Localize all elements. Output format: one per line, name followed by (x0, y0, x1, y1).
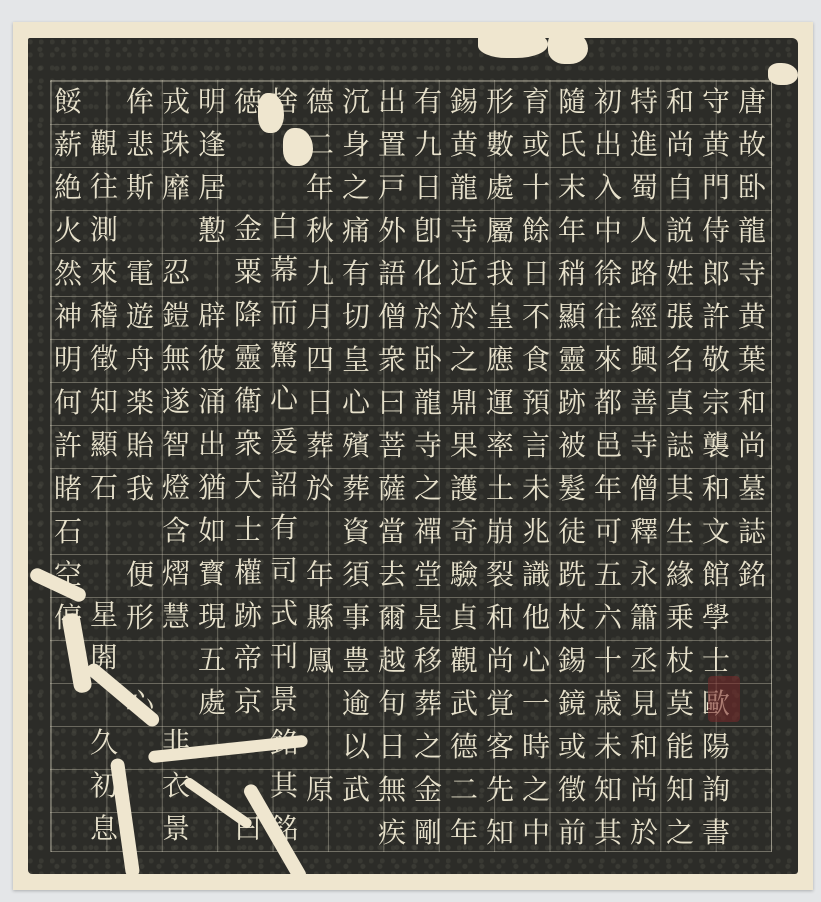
inscription-character: 於 (410, 295, 446, 338)
inscription-character: 黄 (734, 295, 770, 338)
inscription-character: 觀 (446, 639, 482, 682)
inscription-character: 二 (446, 768, 482, 811)
inscription-character: 崩 (482, 510, 518, 553)
inscription-character: 京 (230, 680, 266, 723)
inscription-character: 髮 (554, 467, 590, 510)
inscription-character: 稍 (554, 252, 590, 295)
inscription-character: 刊 (266, 635, 302, 678)
inscription-character: 莫 (662, 682, 698, 725)
inscription-character: 陽 (698, 725, 734, 768)
inscription-character: 智 (158, 423, 194, 466)
inscription-character: 彼 (194, 337, 230, 380)
inscription-character: 含 (158, 509, 194, 552)
inscription-character: 之 (338, 166, 374, 209)
inscription-character (230, 165, 266, 207)
inscription-character: 原 (302, 768, 338, 811)
inscription-character: 鳳 (302, 639, 338, 682)
inscription-character: 十 (518, 166, 554, 209)
inscription-character: 杖 (662, 639, 698, 682)
inscription-character: 和 (662, 80, 698, 123)
inscription-character: 有 (338, 252, 374, 295)
inscription-character: 許 (698, 295, 734, 338)
red-seal-stamp (708, 676, 740, 722)
inscription-character: 處 (482, 166, 518, 209)
inscription-character: 未 (590, 725, 626, 768)
inscription-character: 尚 (734, 424, 770, 467)
inscription-character: 金 (410, 768, 446, 811)
inscription-character: 化 (410, 252, 446, 295)
inscription-character: 外 (374, 209, 410, 252)
inscription-character: 簫 (626, 596, 662, 639)
inscription-character: 而 (266, 291, 302, 334)
inscription-character: 來 (86, 251, 122, 294)
inscription-character: 星 (86, 593, 122, 636)
inscription-character: 他 (518, 596, 554, 639)
inscription-character: 五 (194, 638, 230, 681)
inscription-character: 黄 (446, 123, 482, 166)
inscription-character: 跡 (230, 594, 266, 637)
inscription-character: 釋 (626, 510, 662, 553)
inscription-character: 應 (482, 338, 518, 381)
inscription-character: 説 (662, 209, 698, 252)
inscription-character: 卽 (410, 209, 446, 252)
inscription-character: 日 (518, 252, 554, 295)
inscription-character: 之 (446, 338, 482, 381)
inscription-character: 守 (698, 80, 734, 123)
inscription-character: 果 (446, 424, 482, 467)
damage-spot (258, 93, 284, 133)
inscription-character: 見 (626, 682, 662, 725)
inscription-character (86, 80, 122, 122)
inscription-character: 殯 (338, 424, 374, 467)
inscription-character: 詔 (266, 463, 302, 506)
inscription-character: 知 (662, 768, 698, 811)
inscription-character: 兆 (518, 510, 554, 553)
inscription-character: 我 (122, 467, 158, 510)
inscription-character: 涌 (194, 380, 230, 423)
inscription-character: 徒 (554, 510, 590, 553)
inscription-character: 帝 (230, 637, 266, 680)
inscription-character (302, 725, 338, 768)
inscription-column: 徳金粟降靈衛衆大士權跡帝京曰 (230, 80, 266, 850)
inscription-character: 之 (662, 811, 698, 854)
inscription-character: 學 (698, 596, 734, 639)
inscription-character: 稽 (86, 294, 122, 337)
inscription-character: 姓 (662, 252, 698, 295)
inscription-character: 跡 (554, 381, 590, 424)
inscription-character: 景 (266, 678, 302, 721)
inscription-character: 靡 (158, 166, 194, 209)
inscription-character: 熠 (158, 552, 194, 595)
inscription-character: 式 (266, 592, 302, 635)
damage-spot (768, 63, 798, 85)
inscription-character: 僧 (626, 467, 662, 510)
inscription-character: 九 (410, 123, 446, 166)
inscription-character: 司 (266, 549, 302, 592)
inscription-column: 和尚自説姓張名真誌其生緣乗杖莫能知之 (662, 80, 698, 850)
inscription-character: 時 (518, 725, 554, 768)
inscription-character: 禪 (410, 510, 446, 553)
inscription-character: 自 (662, 166, 698, 209)
inscription-character: 和 (734, 381, 770, 424)
inscription-character: 舟 (122, 338, 158, 381)
inscription-character: 貞 (446, 596, 482, 639)
inscription-character: 武 (338, 768, 374, 811)
inscription-character: 明 (194, 80, 230, 123)
inscription-character: 顯 (554, 295, 590, 338)
inscription-character: 心 (266, 377, 302, 420)
inscription-character: 尚 (626, 768, 662, 811)
inscription-character: 降 (230, 293, 266, 336)
inscription-character: 衆 (230, 422, 266, 465)
inscription-character: 衛 (230, 379, 266, 422)
inscription-character: 客 (482, 725, 518, 768)
inscription-character: 處 (194, 681, 230, 724)
inscription-character: 衆 (374, 338, 410, 381)
inscription-character: 四 (302, 338, 338, 381)
inscription-character: 葬 (410, 682, 446, 725)
inscription-character: 邑 (590, 424, 626, 467)
inscription-character: 路 (626, 252, 662, 295)
inscription-character: 率 (482, 424, 518, 467)
inscription-character: 逢 (194, 123, 230, 166)
inscription-character: 數 (482, 123, 518, 166)
inscription-character: 特 (626, 80, 662, 123)
inscription-column: 沉身之痛有切皇心殯葬資須事豊逾以武 (338, 80, 374, 850)
inscription-character: 身 (338, 123, 374, 166)
inscription-character: 現 (194, 595, 230, 638)
inscription-character (158, 209, 194, 251)
inscription-column: 有九日卽化於卧龍寺之禪堂是移葬之金剛 (410, 80, 446, 850)
damage-spot (283, 128, 313, 166)
inscription-character: 縣 (302, 596, 338, 639)
inscription-character (122, 639, 158, 682)
inscription-column: 德二年秋九月四日葬於年縣鳳原 (302, 80, 338, 850)
inscription-character: 來 (590, 338, 626, 381)
inscription-character (266, 164, 302, 205)
inscription-character: 絶 (50, 166, 86, 209)
inscription-character: 出 (374, 80, 410, 123)
inscription-character: 其 (662, 467, 698, 510)
inscription-character: 電 (122, 252, 158, 295)
inscription-character: 形 (122, 596, 158, 639)
stele-rubbing: 唐故卧龍寺黄葉和尚墓誌銘守黄門侍郎許敬宗襲和文館學士歐陽詢書和尚自説姓張名真誌其… (28, 38, 798, 874)
inscription-character: 火 (50, 209, 86, 252)
inscription-column: 錫黄龍寺近於之鼎果護奇驗貞觀武德二年 (446, 80, 482, 850)
inscription-character: 或 (554, 725, 590, 768)
inscription-character: 年 (590, 467, 626, 510)
damage-spot (548, 38, 588, 64)
inscription-character: 可 (590, 510, 626, 553)
inscription-character: 出 (590, 123, 626, 166)
inscription-character: 事 (338, 596, 374, 639)
inscription-character: 人 (626, 209, 662, 252)
inscription-character: 詢 (698, 768, 734, 811)
inscription-character: 語 (374, 252, 410, 295)
inscription-column: 初出入中徐往來都邑年可五六十歳未知其 (590, 80, 626, 850)
inscription-character: 未 (518, 467, 554, 510)
inscription-column: 形數處屬我皇應運率土崩裂和尚覚客先知 (482, 80, 518, 850)
inscription-character: 顯 (86, 423, 122, 466)
inscription-character: 奇 (446, 510, 482, 553)
inscription-character: 景 (158, 807, 194, 850)
inscription-character: 靈 (230, 336, 266, 379)
inscription-character: 錫 (446, 80, 482, 123)
inscription-character: 土 (482, 467, 518, 510)
inscription-character: 睹 (50, 467, 86, 510)
inscription-character: 知 (482, 811, 518, 854)
inscription-character: 善 (626, 381, 662, 424)
inscription-character: 皇 (338, 338, 374, 381)
inscription-character: 侍 (698, 209, 734, 252)
inscription-character: 於 (626, 811, 662, 854)
inscription-column: 明逢居懃辟彼涌出猶如寳現五處 (194, 80, 230, 850)
inscription-character: 鼎 (446, 381, 482, 424)
inscription-character: 我 (482, 252, 518, 295)
inscription-character: 都 (590, 381, 626, 424)
inscription-column: 觀往測來稽徵知顯石星閞久初息 (86, 80, 122, 850)
inscription-character: 爰 (266, 420, 302, 463)
inscription-character: 去 (374, 553, 410, 596)
inscription-character: 葉 (734, 338, 770, 381)
inscription-character: 驗 (446, 553, 482, 596)
inscription-character: 德 (446, 725, 482, 768)
inscription-character: 猶 (194, 466, 230, 509)
inscription-character: 德 (302, 80, 338, 123)
inscription-character: 楽 (122, 381, 158, 424)
inscription-character: 唐 (734, 80, 770, 123)
inscription-column: 唐故卧龍寺黄葉和尚墓誌銘 (734, 80, 770, 850)
inscription-character: 白 (266, 205, 302, 248)
inscription-character: 旬 (374, 682, 410, 725)
inscription-character: 尚 (482, 639, 518, 682)
inscription-character: 何 (50, 381, 86, 424)
inscription-character: 以 (338, 725, 374, 768)
inscription-character: 是 (410, 596, 446, 639)
inscription-column: 捨白幕而驚心爰詔有司式刊景銘其銘 (266, 80, 302, 850)
inscription-character: 食 (518, 338, 554, 381)
inscription-character: 識 (518, 553, 554, 596)
inscription-character: 明 (50, 338, 86, 381)
inscription-character: 不 (518, 295, 554, 338)
inscription-character: 真 (662, 381, 698, 424)
inscription-character: 其 (266, 764, 302, 807)
inscription-character: 先 (482, 768, 518, 811)
inscription-character: 覚 (482, 682, 518, 725)
inscription-character: 秋 (302, 209, 338, 252)
inscription-character: 初 (590, 80, 626, 123)
inscription-character: 須 (338, 553, 374, 596)
inscription-character: 遊 (122, 295, 158, 338)
inscription-character: 慧 (158, 595, 194, 638)
inscription-character: 寺 (410, 424, 446, 467)
inscription-character: 生 (662, 510, 698, 553)
inscription-character: 興 (626, 338, 662, 381)
inscription-character: 永 (626, 553, 662, 596)
inscription-character: 士 (230, 508, 266, 551)
inscription-character: 曰 (374, 381, 410, 424)
inscription-character: 於 (302, 467, 338, 510)
inscription-character: 和 (698, 467, 734, 510)
inscription-character: 龍 (446, 166, 482, 209)
inscription-character: 名 (662, 338, 698, 381)
inscription-character: 心 (338, 381, 374, 424)
inscription-character: 年 (302, 166, 338, 209)
inscription-character: 有 (266, 506, 302, 549)
inscription-character: 武 (446, 682, 482, 725)
inscription-character: 觀 (86, 122, 122, 165)
inscription-character: 五 (590, 553, 626, 596)
inscription-character: 懃 (194, 209, 230, 252)
inscription-character: 寺 (446, 209, 482, 252)
inscription-character: 移 (410, 639, 446, 682)
inscription-column: 餒薪絶火然神明何許睹石空停 (50, 80, 86, 850)
inscription-character: 末 (554, 166, 590, 209)
inscription-character: 氏 (554, 123, 590, 166)
inscription-character: 出 (194, 423, 230, 466)
inscription-character: 切 (338, 295, 374, 338)
inscription-character: 進 (626, 123, 662, 166)
inscription-character: 燈 (158, 466, 194, 509)
inscription-character: 杖 (554, 596, 590, 639)
inscription-character: 沉 (338, 80, 374, 123)
inscription-character: 黄 (698, 123, 734, 166)
inscription-character: 堂 (410, 553, 446, 596)
inscription-character: 剛 (410, 811, 446, 854)
inscription-character: 宗 (698, 381, 734, 424)
inscription-character: 六 (590, 596, 626, 639)
inscription-character: 戸 (374, 166, 410, 209)
inscription-character: 寺 (734, 252, 770, 295)
inscription-character: 屬 (482, 209, 518, 252)
inscription-character: 石 (50, 510, 86, 553)
inscription-character: 徐 (590, 252, 626, 295)
inscription-character: 一 (518, 682, 554, 725)
inscription-character: 葬 (302, 424, 338, 467)
inscription-character: 資 (338, 510, 374, 553)
inscription-character: 尚 (662, 123, 698, 166)
inscription-character: 十 (590, 639, 626, 682)
inscription-character: 年 (302, 553, 338, 596)
inscription-character (194, 252, 230, 294)
inscription-character (158, 638, 194, 680)
inscription-character (302, 682, 338, 725)
inscription-character: 近 (446, 252, 482, 295)
inscription-character: 經 (626, 295, 662, 338)
inscription-character: 跣 (554, 553, 590, 596)
inscription-column: 戎珠靡忍鎧無遂智燈含熠慧非衣景 (158, 80, 194, 850)
inscription-character: 誌 (662, 424, 698, 467)
inscription-character: 於 (446, 295, 482, 338)
inscription-character: 薩 (374, 467, 410, 510)
inscription-character: 張 (662, 295, 698, 338)
inscription-character: 之 (410, 467, 446, 510)
inscription-character: 日 (302, 381, 338, 424)
inscription-character: 知 (590, 768, 626, 811)
inscription-column: 守黄門侍郎許敬宗襲和文館學士歐陽詢書 (698, 80, 734, 850)
inscription-character: 辟 (194, 294, 230, 337)
inscription-character: 護 (446, 467, 482, 510)
inscription-character: 緣 (662, 553, 698, 596)
inscription-character: 遂 (158, 380, 194, 423)
inscription-character: 或 (518, 123, 554, 166)
inscription-character: 鏡 (554, 682, 590, 725)
inscription-character: 薪 (50, 123, 86, 166)
inscription-character: 言 (518, 424, 554, 467)
inscription-character: 豊 (338, 639, 374, 682)
inscription-column: 隨氏末年稍顯靈跡被髮徒跣杖錫鏡或徵前 (554, 80, 590, 850)
inscription-character: 形 (482, 80, 518, 123)
inscription-character: 寺 (626, 424, 662, 467)
inscription-character: 無 (374, 768, 410, 811)
inscription-character: 皇 (482, 295, 518, 338)
inscription-character: 無 (158, 337, 194, 380)
inscription-character: 其 (590, 811, 626, 854)
inscription-character (302, 510, 338, 553)
inscription-character (86, 551, 122, 593)
inscription-character: 貽 (122, 424, 158, 467)
inscription-character: 運 (482, 381, 518, 424)
inscription-character: 入 (590, 166, 626, 209)
inscription-character: 故 (734, 123, 770, 166)
inscription-character: 忍 (158, 251, 194, 294)
inscription-character (122, 510, 158, 553)
inscription-character: 年 (554, 209, 590, 252)
inscription-character: 九 (302, 252, 338, 295)
inscription-character: 門 (698, 166, 734, 209)
inscription-character: 襲 (698, 424, 734, 467)
inscription-character: 葬 (338, 467, 374, 510)
inscription-character: 卧 (734, 166, 770, 209)
inscription-character: 龍 (410, 381, 446, 424)
inscription-character: 之 (410, 725, 446, 768)
inscription-character: 往 (86, 165, 122, 208)
inscription-character: 斯 (122, 166, 158, 209)
inscription-character: 心 (518, 639, 554, 682)
inscription-character: 能 (662, 725, 698, 768)
inscription-character: 知 (86, 380, 122, 423)
inscription-character: 僧 (374, 295, 410, 338)
inscription-character: 悲 (122, 123, 158, 166)
inscription-character: 徵 (86, 337, 122, 380)
inscription-character: 大 (230, 465, 266, 508)
inscription-character: 痛 (338, 209, 374, 252)
inscription-character: 越 (374, 639, 410, 682)
inscription-character: 寳 (194, 552, 230, 595)
inscription-character: 爾 (374, 596, 410, 639)
inscription-character: 月 (302, 295, 338, 338)
inscription-character: 誌 (734, 510, 770, 553)
inscription-character (86, 509, 122, 551)
inscription-character: 靈 (554, 338, 590, 381)
inscription-column: 侔悲斯電遊舟楽貽我便形心 (122, 80, 158, 850)
inscription-character: 置 (374, 123, 410, 166)
inscription-character: 書 (698, 811, 734, 854)
inscription-character: 前 (554, 811, 590, 854)
inscription-character: 卧 (410, 338, 446, 381)
inscription-character: 丞 (626, 639, 662, 682)
inscription-character: 如 (194, 509, 230, 552)
inscription-character: 居 (194, 166, 230, 209)
inscription-character: 有 (410, 80, 446, 123)
inscription-character: 戎 (158, 80, 194, 123)
inscription-character: 餘 (518, 209, 554, 252)
inscription-character: 錫 (554, 639, 590, 682)
inscription-character: 銘 (734, 553, 770, 596)
inscription-character: 測 (86, 208, 122, 251)
damage-spot (478, 38, 548, 58)
inscription-character: 被 (554, 424, 590, 467)
